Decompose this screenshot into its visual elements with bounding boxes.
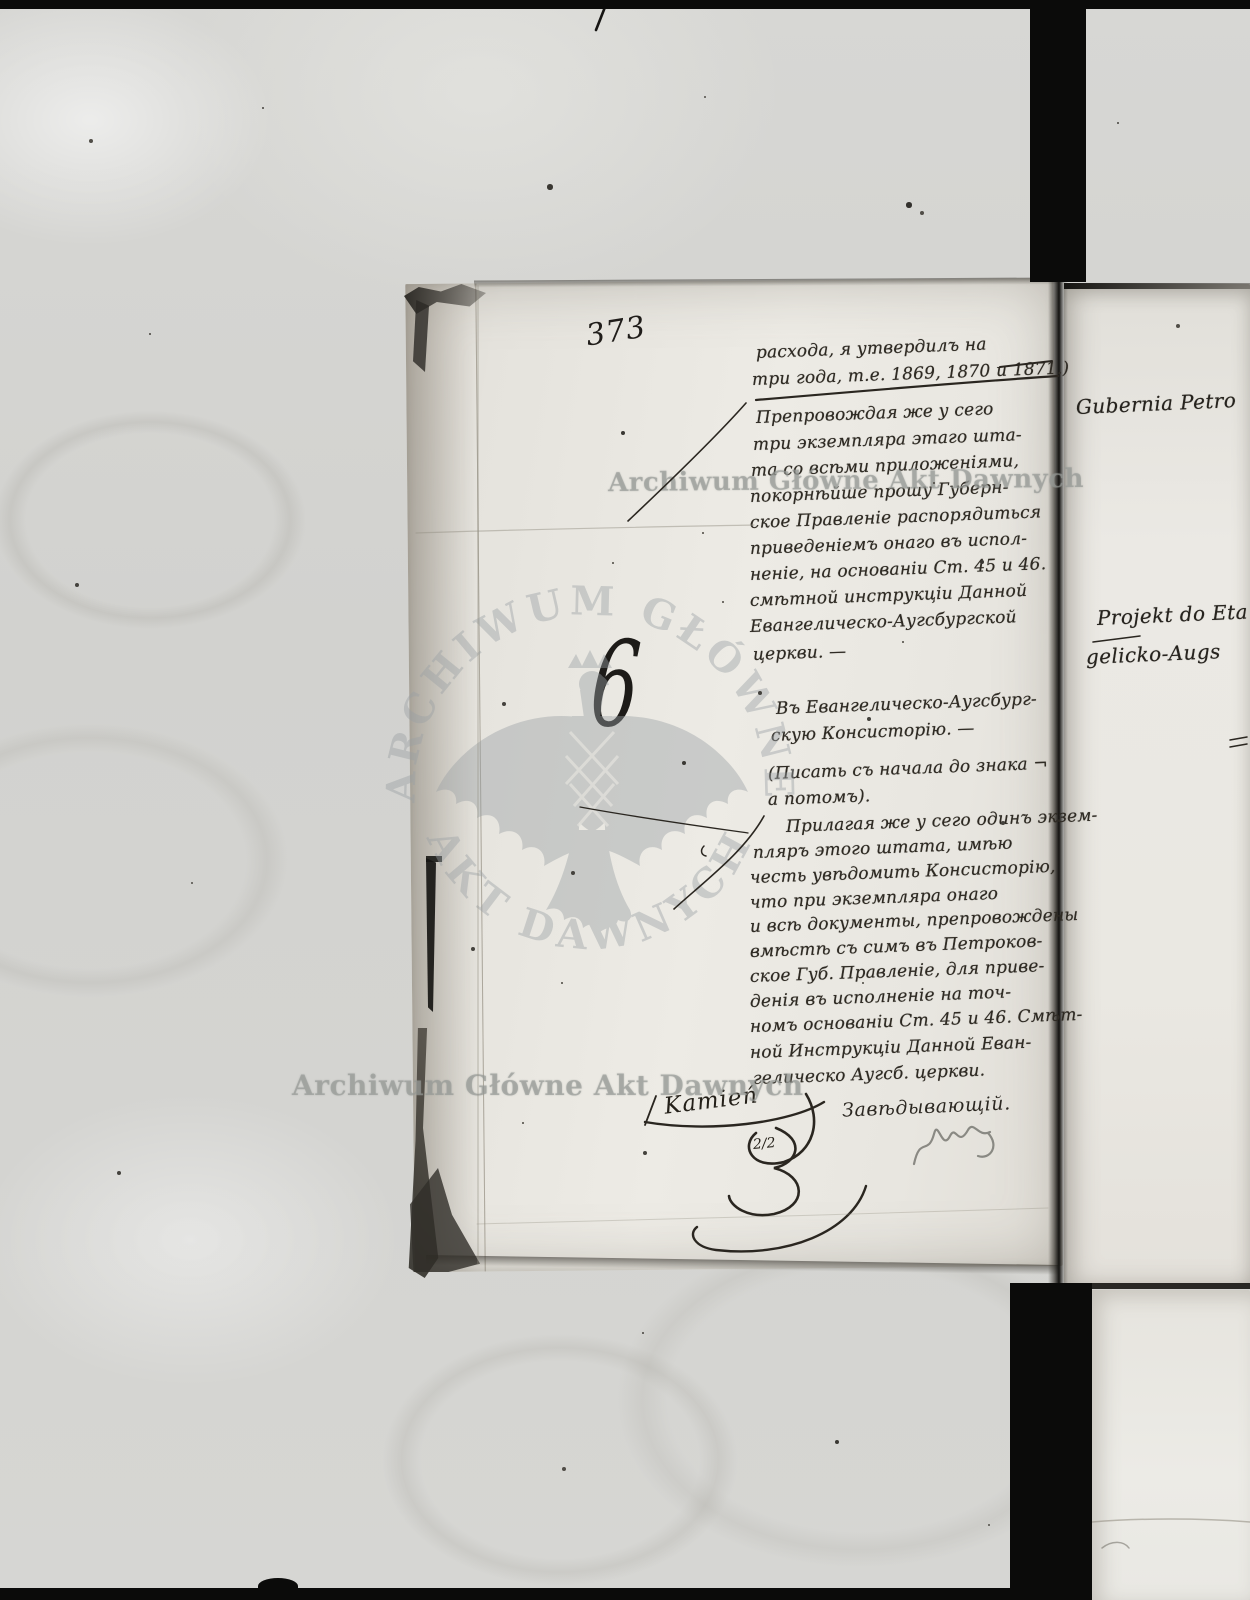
film-edge-bottom xyxy=(0,1588,1012,1600)
film-separator-top xyxy=(1030,0,1086,282)
film-edge-blemish xyxy=(258,1578,298,1594)
manuscript-line: церкви. — xyxy=(753,643,847,666)
manuscript-line: а потомъ). xyxy=(768,787,871,810)
adjacent-page xyxy=(1064,284,1250,1284)
right-page-title-line: gelicko-Augs xyxy=(1086,640,1222,668)
page-binding-edge xyxy=(405,283,485,1272)
film-separator-bottom xyxy=(1010,1283,1092,1600)
microfilm-scan: 373 6 расхода, я утвердилъ на три года, … xyxy=(0,0,1250,1600)
signature-date-fraction: 2/2 xyxy=(752,1136,776,1152)
next-frame-page xyxy=(1090,1290,1250,1600)
